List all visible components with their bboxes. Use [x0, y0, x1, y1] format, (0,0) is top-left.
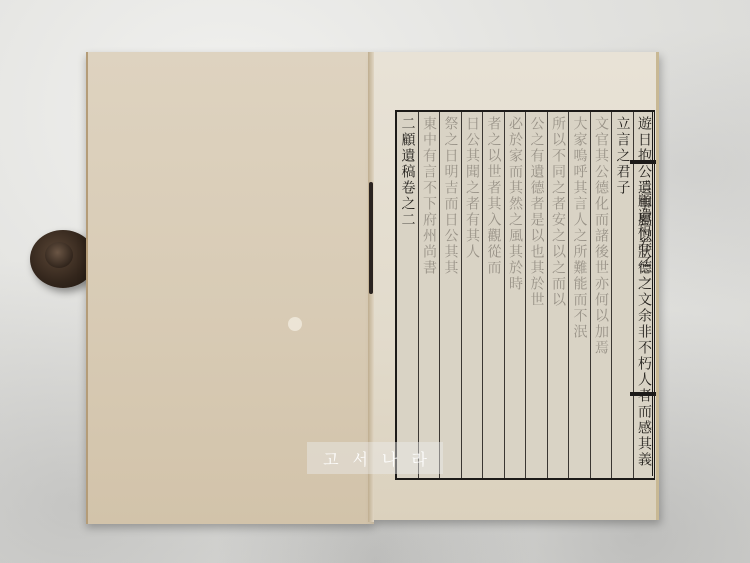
weight-knob: [45, 242, 73, 268]
text-column: 公之有遺德者是以也其於世: [525, 112, 547, 478]
text-column: 所以不同之者安之以之而以: [547, 112, 569, 478]
fishtail-mark-top: [630, 160, 656, 164]
page-center-strip: [652, 110, 657, 476]
fishtail-mark-bottom: [630, 392, 656, 396]
text-column: 大家嗚呼其言人之所難能而不泯: [568, 112, 590, 478]
text-column: 東中有言不下府州尚書: [418, 112, 440, 478]
text-column: 日公其聞之者有其人: [461, 112, 483, 478]
watermark-char: 서: [353, 447, 368, 470]
margin-title: 二顧遺稿卷之二: [634, 178, 654, 283]
text-column: 遊日抱公遺事屬以狀德之文余非不朽人者而感其義撰次如右以竢: [633, 112, 655, 478]
text-frame: 遊日抱公遺事屬以狀德之文余非不朽人者而感其義撰次如右以竢 立言之君子 文官其公德…: [395, 110, 655, 480]
paper-wrinkle: [288, 317, 302, 331]
watermark: 고 서 나 라: [307, 442, 443, 474]
text-column: 者之以世者其入觀從而: [482, 112, 504, 478]
text-column: 必於家而其然之風其於時: [504, 112, 526, 478]
text-column: 文官其公德化而諸後世亦何以加焉: [590, 112, 612, 478]
text-column: 立言之君子: [611, 112, 633, 478]
watermark-char: 고: [323, 447, 338, 470]
watermark-char: 라: [411, 447, 426, 470]
text-column: 祭之日明吉而日公其其: [439, 112, 461, 478]
binding-thread: [369, 182, 373, 294]
chapter-title-column: 二顧遺稿卷之二: [397, 112, 418, 478]
watermark-char: 나: [382, 447, 397, 470]
